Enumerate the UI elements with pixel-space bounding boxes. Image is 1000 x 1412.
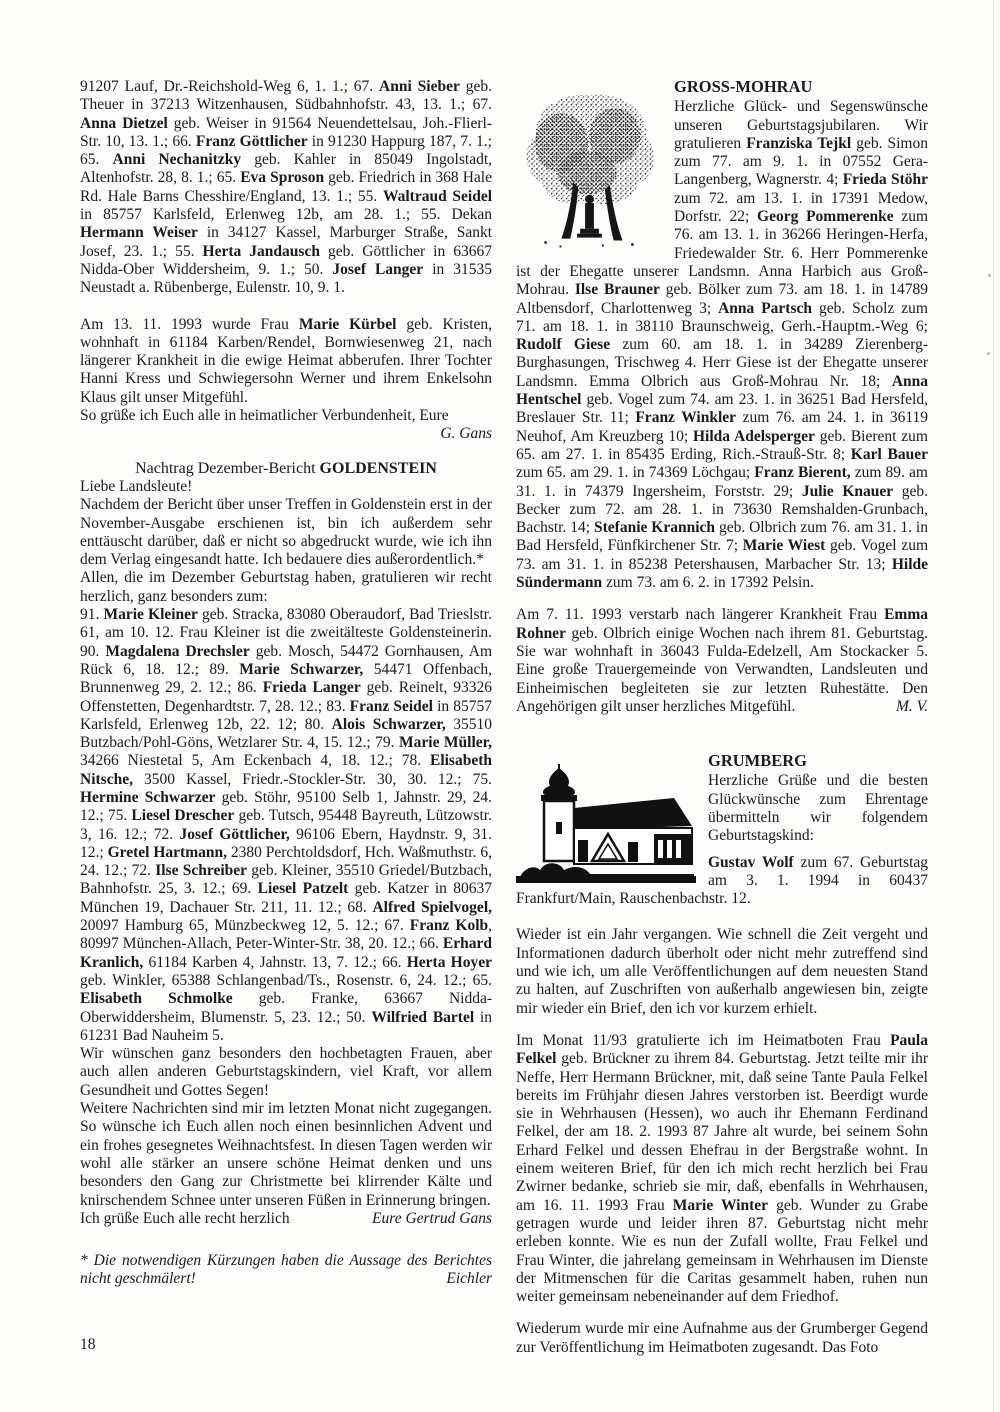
signature-eichler: Eichler <box>446 1270 492 1288</box>
signature-m-v: M. V. <box>896 698 928 716</box>
december-birthday-list: 91. Marie Kleiner geb. Stracka, 83080 Ob… <box>80 606 492 1045</box>
rohner-obituary-text: Am 7. 11. 1993 verstarb nach längerer Kr… <box>516 606 928 714</box>
january-birthdays-paragraph: 91207 Lauf, Dr.-Reichshold-Weg 6, 1. 1.;… <box>80 78 492 298</box>
two-column-layout: 91207 Lauf, Dr.-Reichshold-Weg 6, 1. 1.;… <box>80 78 928 1357</box>
rohner-obituary-paragraph: Am 7. 11. 1993 verstarb nach längerer Kr… <box>516 606 928 716</box>
scan-speck <box>988 274 991 277</box>
closing-text: Ich grüße Euch alle recht herzlich <box>80 1210 290 1228</box>
advent-paragraph: Weitere Nachrichten sind mir im letzten … <box>80 1100 492 1210</box>
gross-mohrau-section: GROSS-MOHRAU Herzliche Glück- und Segens… <box>516 78 928 716</box>
editor-footnote: * Die notwendigen Kürzungen haben die Au… <box>80 1252 492 1289</box>
scan-edge-artifact <box>993 0 994 1412</box>
goldenstein-heading: Nachtrag Dezember-Bericht GOLDENSTEIN <box>80 460 492 478</box>
kuerbel-obituary-paragraph: Am 13. 11. 1993 wurde Frau Marie Kürbel … <box>80 316 492 407</box>
year-passed-paragraph: Wieder ist ein Jahr vergangen. Wie schne… <box>516 926 928 1017</box>
scanned-newsletter-page: 91207 Lauf, Dr.-Reichshold-Weg 6, 1. 1.;… <box>0 0 1000 1412</box>
left-column: 91207 Lauf, Dr.-Reichshold-Weg 6, 1. 1.;… <box>80 78 492 1357</box>
closing-line: Ich grüße Euch alle recht herzlich Eure … <box>80 1210 492 1228</box>
photo-paragraph: Wiederum wurde mir eine Aufnahme aus der… <box>516 1320 928 1357</box>
greeting-line: So grüße ich Euch alle in heimatlicher V… <box>80 407 492 425</box>
signature-g-gans: G. Gans <box>80 425 492 443</box>
wishes-paragraph: Wir wünschen ganz besonders den hochbeta… <box>80 1045 492 1100</box>
december-congratulations-intro: Allen, die im Dezember Geburtstag haben,… <box>80 569 492 606</box>
church-engraving-illustration <box>516 764 696 884</box>
right-column: GROSS-MOHRAU Herzliche Glück- und Segens… <box>516 78 928 1357</box>
scan-speck <box>987 352 990 355</box>
felkel-winter-paragraph: Im Monat 11/93 gratulierte ich im Heimat… <box>516 1032 928 1306</box>
complaint-paragraph: Nachdem der Bericht über unser Treffen i… <box>80 496 492 569</box>
page-number: 18 <box>80 1336 96 1354</box>
grumberg-section: GRUMBERG Herzliche Grüße und die besten … <box>516 752 928 1357</box>
tree-engraving-illustration <box>516 88 664 252</box>
footnote-text: * Die notwendigen Kürzungen haben die Au… <box>80 1252 492 1287</box>
salutation-line: Liebe Landsleute! <box>80 478 492 496</box>
signature-gertrud-gans: Eure Gertrud Gans <box>372 1210 492 1228</box>
